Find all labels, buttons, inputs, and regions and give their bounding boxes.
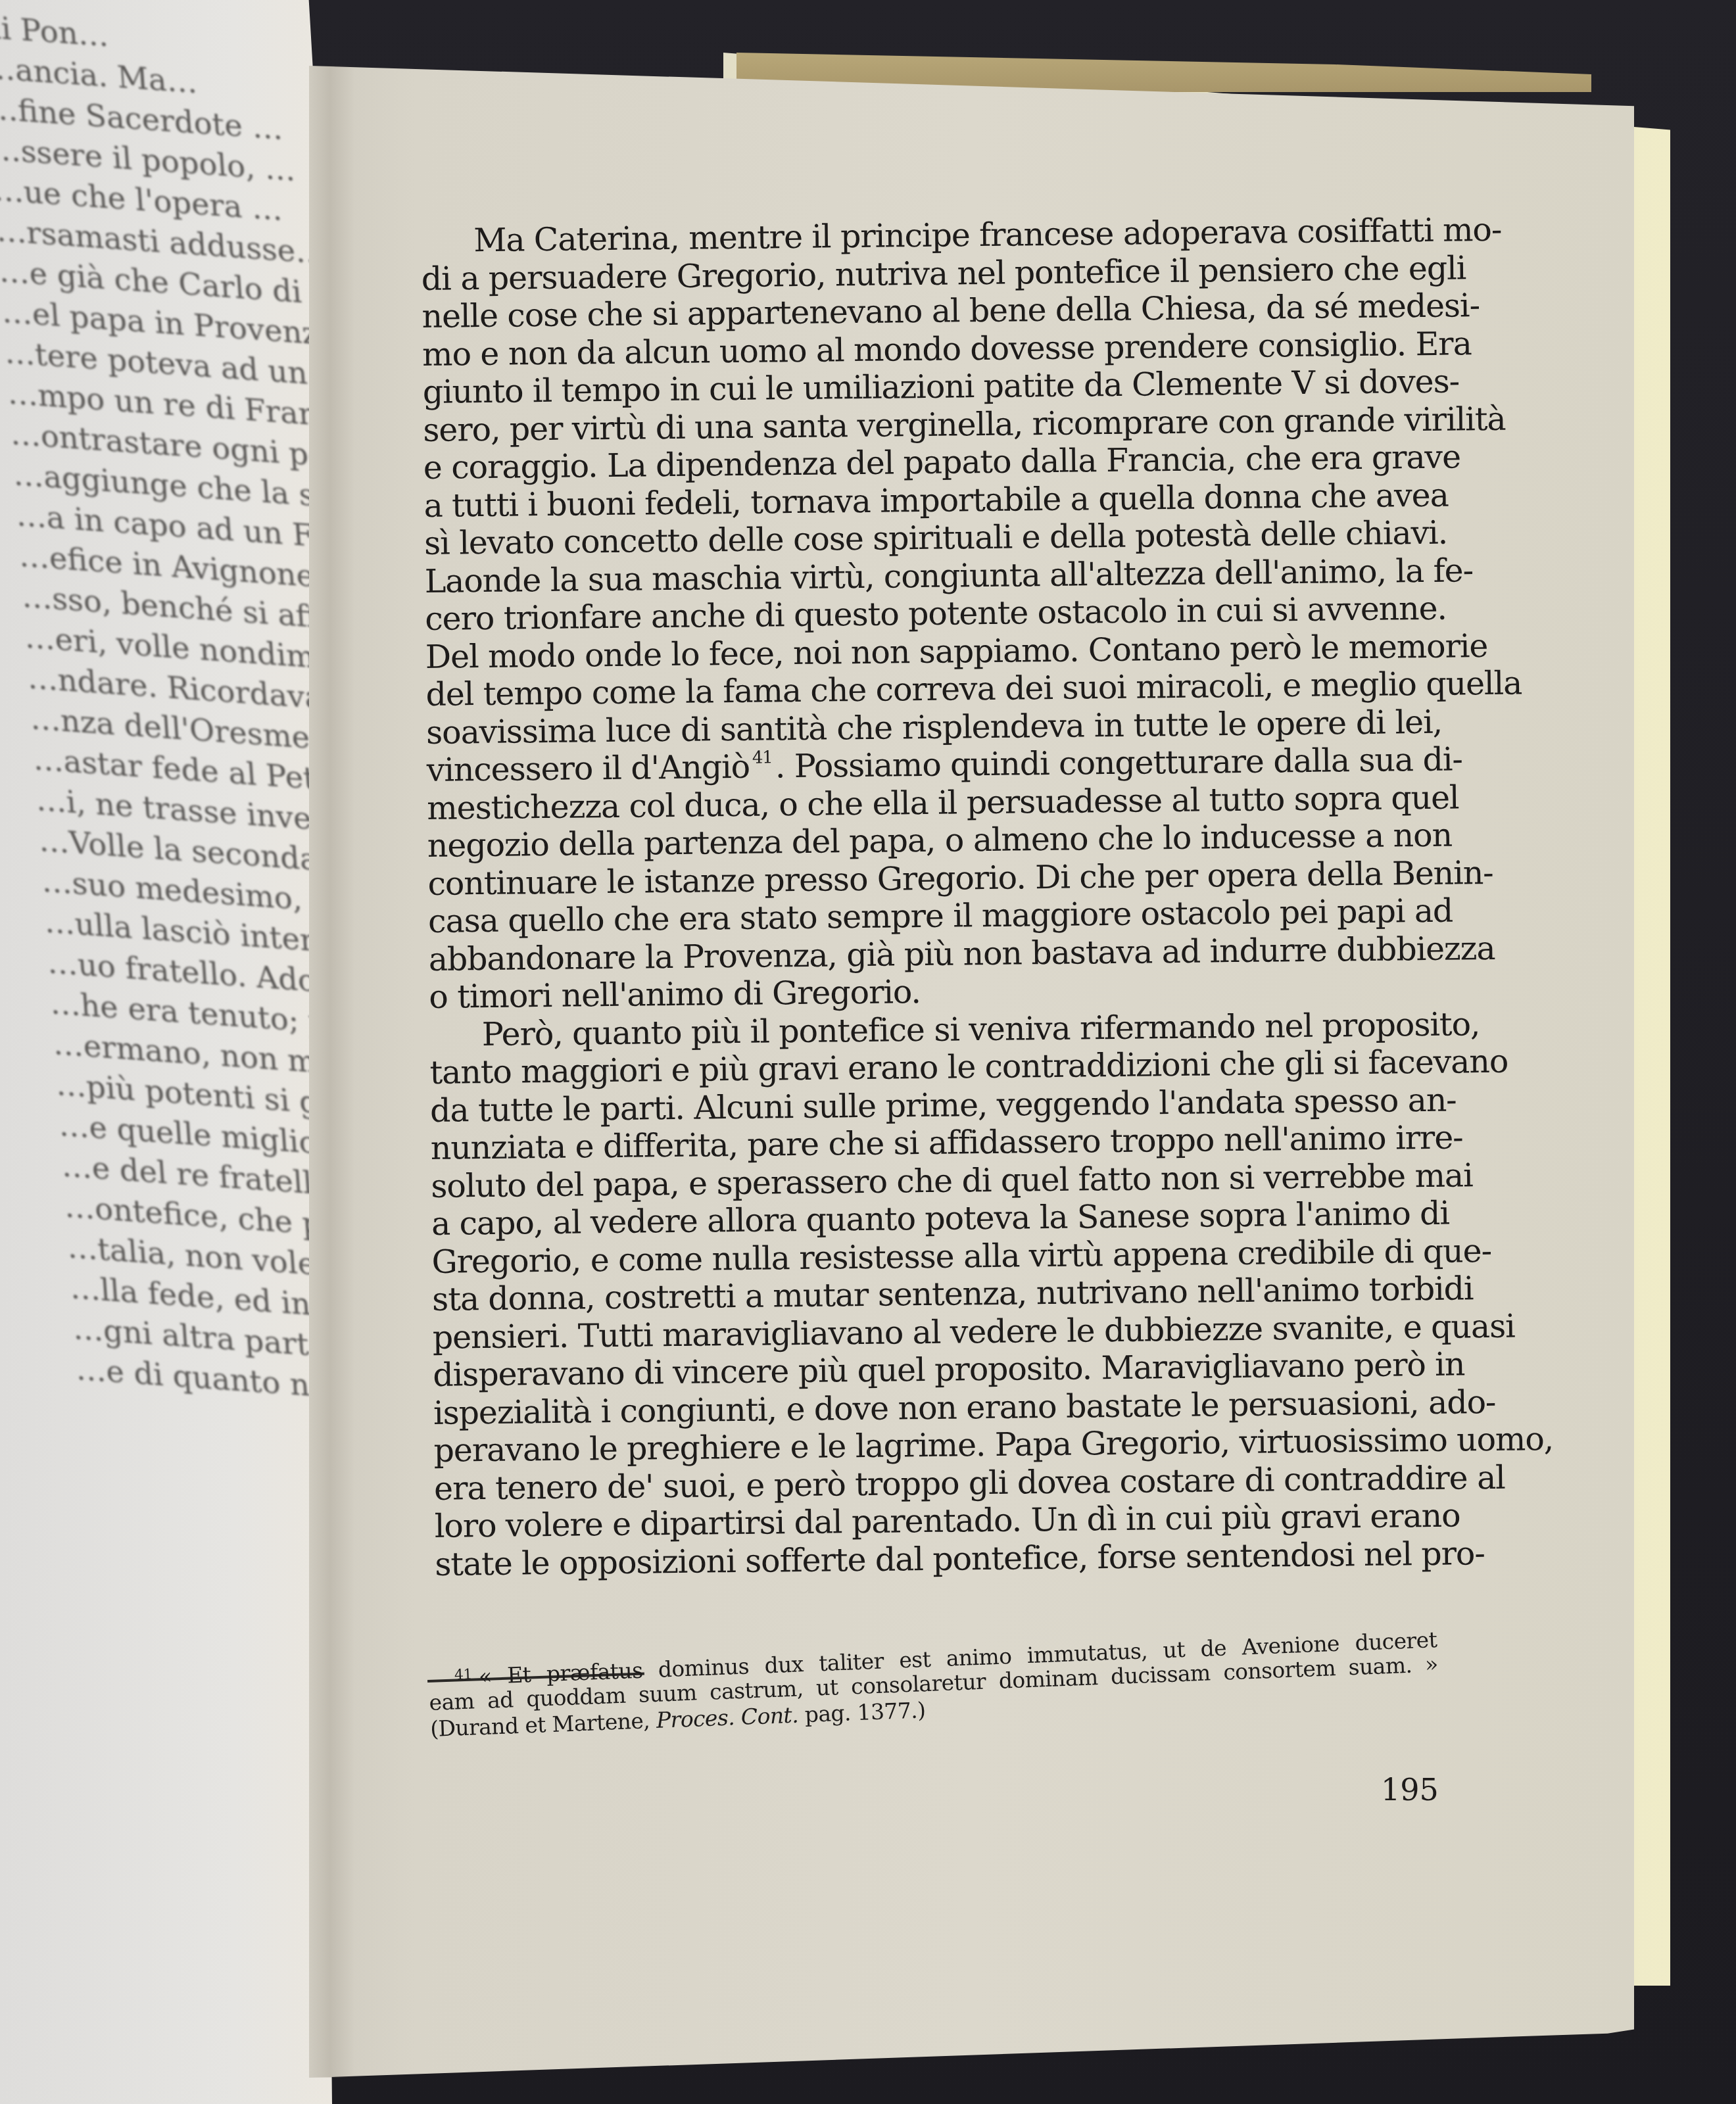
left-page-text: di Pon… …ancia. Ma… …fine Sacerdote … …s… (0, 7, 332, 1415)
footnote-number: 41 (454, 1667, 473, 1684)
main-text-block: Ma Caterina, mentre il principe francese… (421, 212, 1451, 1583)
book-gutter-shadow (309, 66, 355, 2078)
paragraph-1: Ma Caterina, mentre il principe francese… (421, 212, 1445, 1016)
footnote-reference-41[interactable]: 41 (750, 748, 775, 767)
citation-title: Proces. Cont. (656, 1702, 798, 1733)
page-number: 195 (1381, 1772, 1439, 1807)
citation-suffix: pag. 1377.) (798, 1697, 926, 1727)
text-fragment: vincessero il d'Angiò (426, 748, 750, 789)
paragraph-2: Però, quanto più il pontefice si veniva … (429, 1005, 1451, 1583)
text-fragment: . Possiamo quindi congetturare dalla sua… (775, 740, 1463, 785)
left-page: di Pon… …ancia. Ma… …fine Sacerdote … …s… (0, 0, 332, 2104)
